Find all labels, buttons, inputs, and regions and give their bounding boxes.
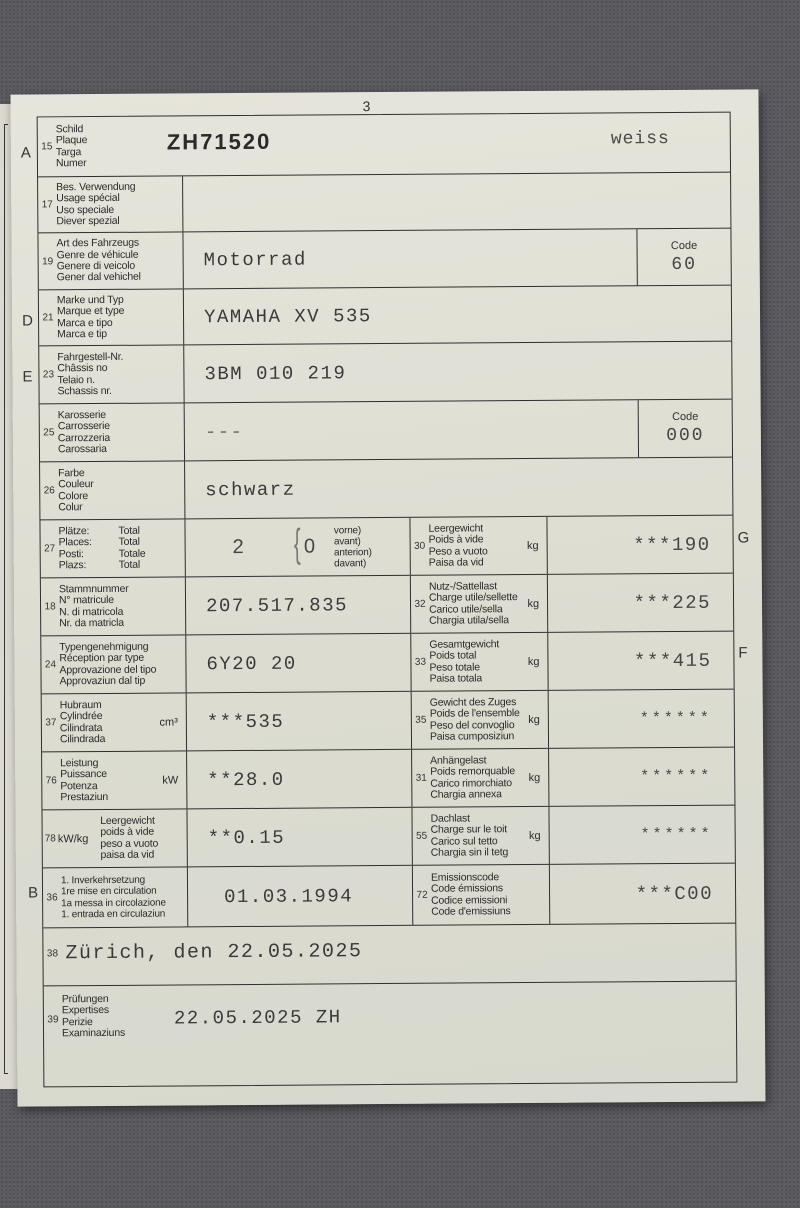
field-number: 17 [38, 199, 56, 210]
train-weight-label: 35 Gewicht des Zuges Poids de l'ensemble… [412, 691, 549, 749]
field-colour: 26 Farbe Couleur Colore Colur schwarz [40, 458, 732, 521]
unit-kw-per-kg: kW/kg [58, 833, 89, 845]
label-rm: Schassis nr. [58, 386, 124, 398]
plate-color: weiss [611, 129, 670, 149]
seats-front-value: 0 [304, 535, 334, 558]
side-letter-a: A [21, 144, 31, 161]
field-special-use: 17 Bes. Verwendung Usage spécial Uso spe… [38, 173, 730, 234]
field-type-approval: 24 Typengenehmigung Réception par type A… [41, 634, 411, 694]
total-fr: Total [119, 537, 146, 548]
vehicle-type-label: 19 Art des Fahrzeugs Genre de véhicule G… [38, 232, 183, 289]
field-number: 32 [411, 599, 429, 610]
power-weight-label: 78 kW/kg Leergewicht poids à vide peso a… [42, 809, 187, 867]
side-letter-f: F [738, 644, 747, 661]
label-rm: Carossaria [58, 444, 110, 456]
label-rm: Chargia sin il tetg [431, 847, 508, 859]
field-place-date: 38 Zürich, den 22.05.2025 [43, 924, 735, 987]
row-power-trailer-load: 76 Leistung Puissance Potenza Prestaziun… [42, 748, 734, 811]
label-de: 1. Inverkehrsetzung [61, 874, 166, 886]
first-registration-label: 36 1. Inverkehrsetzung 1re mise en circu… [43, 867, 188, 927]
label-fr: Expertises [62, 1005, 174, 1017]
total-weight-label: 33 Gesamtgewicht Poids total Peso totale… [411, 633, 548, 691]
field-number: 36 [43, 892, 61, 903]
unit-cm3: cm³ [159, 716, 177, 728]
field-displacement: 37 Hubraum Cylindrée Cilindrata Cilindra… [42, 692, 412, 752]
field-roof-load: 55 Dachlast Charge sur le toit Carico su… [412, 806, 734, 865]
label-rm: Cilindrada [60, 734, 105, 746]
label-rm: Approvaziun dal tip [60, 675, 157, 687]
front-label-de: vorne) [334, 525, 372, 536]
field-number: 21 [39, 312, 57, 323]
field-number: 72 [413, 890, 431, 901]
colour-value: schwarz [185, 458, 732, 519]
body-code: 000 [666, 426, 705, 446]
vehicle-type-code: 60 [671, 254, 697, 274]
label-fr: Poids total [429, 650, 499, 662]
field-train-weight: 35 Gewicht des Zuges Poids de l'ensemble… [412, 690, 734, 749]
trailer-load-value: ****** [549, 748, 734, 806]
front-label-it: anterion) [334, 547, 372, 558]
side-letter-b: B [28, 884, 38, 901]
vehicle-registration-page: 3 A D E B G F 15 Schild Plaque Targa Num… [10, 89, 765, 1106]
field-number: 38 [43, 948, 61, 959]
plate-label: 15 Schild Plaque Targa Numer [38, 116, 183, 176]
page-number: 3 [363, 98, 371, 114]
unit-kg: kg [529, 771, 541, 783]
payload-value: ***225 [548, 574, 733, 632]
inspections-value: 22.05.2025 ZH [174, 1006, 342, 1029]
field-power: 76 Leistung Puissance Potenza Prestaziun… [42, 750, 412, 810]
body-value: --- [185, 400, 638, 460]
field-number: 19 [39, 256, 57, 267]
label-rm: Marca e tip [57, 329, 124, 341]
field-seats: 27 Plätze: Places: Posti: Plazs: Total T… [40, 518, 410, 578]
row-registry-payload: 18 Stammnummer N° matricule N. di matric… [41, 574, 733, 637]
label-rm: Prestaziun [60, 792, 108, 804]
label-rm: Gener dal vehichel [57, 272, 141, 284]
label-rm: paisa da vid [100, 849, 158, 861]
label-fr: Couleur [58, 479, 93, 491]
colour-label: 26 Farbe Couleur Colore Colur [40, 461, 185, 519]
label-rm: Numer [56, 158, 88, 170]
label-fr: Marque et type [57, 306, 124, 318]
label-rm: Nr. da matricla [59, 618, 129, 630]
empty-weight-label: 30 Leergewicht Poids à vide Peso a vuoto… [410, 517, 547, 575]
unit-kg: kg [528, 713, 540, 725]
first-registration-value: 01.03.1994 [188, 866, 412, 927]
place-date-value: Zürich, den 22.05.2025 [65, 940, 362, 965]
unit-kg: kg [527, 597, 539, 609]
field-number: 15 [38, 141, 56, 152]
label-rm: Diever spezial [56, 216, 135, 228]
label-rm: 1. entrada en circulaziun [61, 908, 166, 920]
payload-label: 32 Nutz-/Sattellast Charge utile/sellett… [411, 575, 548, 633]
type-approval-label: 24 Typengenehmigung Réception par type A… [41, 635, 186, 693]
vehicle-type-value: Motorrad [183, 229, 636, 288]
front-label-rm: davant) [334, 558, 372, 569]
field-number: 23 [39, 369, 57, 380]
field-number: 35 [412, 715, 430, 726]
roof-load-label: 55 Dachlast Charge sur le toit Carico su… [412, 807, 549, 865]
unit-kg: kg [527, 539, 539, 551]
label-rm: Plazs: [59, 560, 119, 572]
label-rm: Examinaziuns [62, 1027, 174, 1039]
row-seats-empty-weight: 27 Plätze: Places: Posti: Plazs: Total T… [40, 516, 732, 579]
field-trailer-load: 31 Anhängelast Poids remorquable Carico … [412, 748, 734, 807]
unit-kg: kg [528, 655, 540, 667]
brace: { [294, 522, 301, 567]
field-payload: 32 Nutz-/Sattellast Charge utile/sellett… [411, 574, 733, 633]
chassis-label: 23 Fahrgestell-Nr. Châssis no Telaio n. … [39, 345, 184, 403]
chassis-value: 3BM 010 219 [184, 342, 731, 403]
emission-code-label: 72 Emissionscode Code émissions Codice e… [413, 865, 550, 925]
total-rm: Total [119, 559, 146, 570]
seats-values: 2 { 0 vorne) avant) anterion) davant) [185, 518, 409, 577]
registry-value: 207.517.835 [186, 576, 410, 635]
field-number: 26 [40, 485, 58, 496]
body-code-box: Code 000 [638, 400, 732, 458]
label-rm: Paisa totala [430, 673, 500, 685]
vehicle-type-code-box: Code 60 [636, 229, 730, 286]
body-label: 25 Karosserie Carrosserie Carrozzeria Ca… [40, 403, 185, 461]
label-rm: Paisa cumposiziun [430, 731, 520, 743]
field-number: 76 [42, 775, 60, 786]
field-emission-code: 72 Emissionscode Code émissions Codice e… [413, 864, 735, 925]
trailer-load-label: 31 Anhängelast Poids remorquable Carico … [412, 749, 549, 807]
emission-code-value: ***C00 [550, 864, 735, 924]
label-rm: Colur [58, 502, 93, 514]
field-number: 55 [413, 831, 431, 842]
field-number: 78 [43, 833, 56, 844]
field-chassis: 23 Fahrgestell-Nr. Châssis no Telaio n. … [39, 342, 731, 405]
plate-values: ZH71520 weiss [183, 113, 730, 176]
field-power-weight: 78 kW/kg Leergewicht poids à vide peso a… [42, 808, 412, 868]
special-use-label: 17 Bes. Verwendung Usage spécial Uso spe… [38, 176, 183, 232]
special-use-value [183, 173, 730, 232]
label-it: 1a messa in circolazione [61, 897, 166, 909]
label-fr: Puissance [60, 769, 108, 781]
label-rm: Chargia annexa [430, 789, 515, 801]
field-make-model: 21 Marke und Typ Marque et type Marca e … [39, 286, 731, 347]
label-fr: Plaque [56, 135, 88, 147]
field-plate: 15 Schild Plaque Targa Numer ZH71520 wei… [38, 113, 730, 178]
row-power-weight-roof-load: 78 kW/kg Leergewicht poids à vide peso a… [42, 806, 734, 869]
field-number: 27 [41, 543, 59, 554]
field-number: 31 [412, 773, 430, 784]
displacement-label: 37 Hubraum Cylindrée Cilindrata Cilindra… [42, 693, 187, 751]
type-approval-value: 6Y20 20 [186, 634, 410, 693]
registration-form: 15 Schild Plaque Targa Numer ZH71520 wei… [37, 112, 738, 1088]
field-number: 25 [40, 427, 58, 438]
empty-weight-value: ***190 [547, 516, 732, 574]
row-type-approval-total-weight: 24 Typengenehmigung Réception par type A… [41, 632, 733, 695]
seats-label: 27 Plätze: Places: Posti: Plazs: Total T… [40, 519, 185, 577]
plate-number: ZH71520 [167, 128, 272, 155]
field-number: 30 [411, 541, 429, 552]
field-inspections: 39 Prüfungen Expertises Perizie Examinaz… [44, 982, 737, 1087]
label-fr: Châssis no [57, 363, 123, 375]
label-rm: Paisa da vid [429, 557, 488, 569]
field-vehicle-type: 19 Art des Fahrzeugs Genre de véhicule G… [38, 229, 730, 291]
side-letter-g: G [738, 529, 750, 546]
field-registry-number: 18 Stammnummer N° matricule N. di matric… [41, 576, 411, 636]
power-weight-value: **0.15 [187, 808, 411, 867]
field-first-registration: 36 1. Inverkehrsetzung 1re mise en circu… [43, 866, 413, 928]
displacement-value: ***535 [187, 692, 411, 751]
field-number: 37 [42, 717, 60, 728]
unit-kw: kW [162, 774, 178, 786]
field-total-weight: 33 Gesamtgewicht Poids total Peso totale… [411, 632, 733, 691]
label-fr: 1re mise en circulation [61, 886, 166, 898]
train-weight-value: ****** [549, 690, 734, 748]
label-rm: Chargia utila/sella [429, 615, 518, 627]
make-model-value: YAMAHA XV 535 [184, 286, 731, 345]
previous-page-border [4, 124, 8, 1074]
side-letter-e: E [22, 368, 32, 385]
side-letter-d: D [22, 312, 33, 329]
power-value: **28.0 [187, 750, 411, 809]
registry-label: 18 Stammnummer N° matricule N. di matric… [41, 577, 186, 635]
field-number: 39 [44, 1014, 62, 1025]
field-number: 18 [41, 601, 59, 612]
row-first-registration-emission: 36 1. Inverkehrsetzung 1re mise en circu… [43, 864, 735, 929]
roof-load-value: ****** [549, 806, 734, 864]
label-fr: Usage spécial [56, 193, 135, 205]
field-number: 33 [411, 657, 429, 668]
code-label: Code [672, 411, 698, 423]
row-displacement-train-weight: 37 Hubraum Cylindrée Cilindrata Cilindra… [42, 690, 734, 753]
total-weight-value: ***415 [548, 632, 733, 690]
field-body: 25 Karosserie Carrosserie Carrozzeria Ca… [40, 400, 732, 463]
field-number: 24 [41, 659, 59, 670]
power-label: 76 Leistung Puissance Potenza Prestaziun… [42, 751, 187, 809]
label-rm: Code d'emissiuns [431, 906, 510, 918]
field-empty-weight: 30 Leergewicht Poids à vide Peso a vuoto… [410, 516, 732, 575]
seats-total-value: 2 [186, 536, 291, 560]
unit-kg: kg [529, 829, 541, 841]
code-label: Code [671, 239, 697, 251]
front-label-fr: avant) [334, 536, 372, 547]
make-model-label: 21 Marke und Typ Marque et type Marca e … [39, 289, 184, 345]
label-fr: Places: [59, 537, 119, 549]
